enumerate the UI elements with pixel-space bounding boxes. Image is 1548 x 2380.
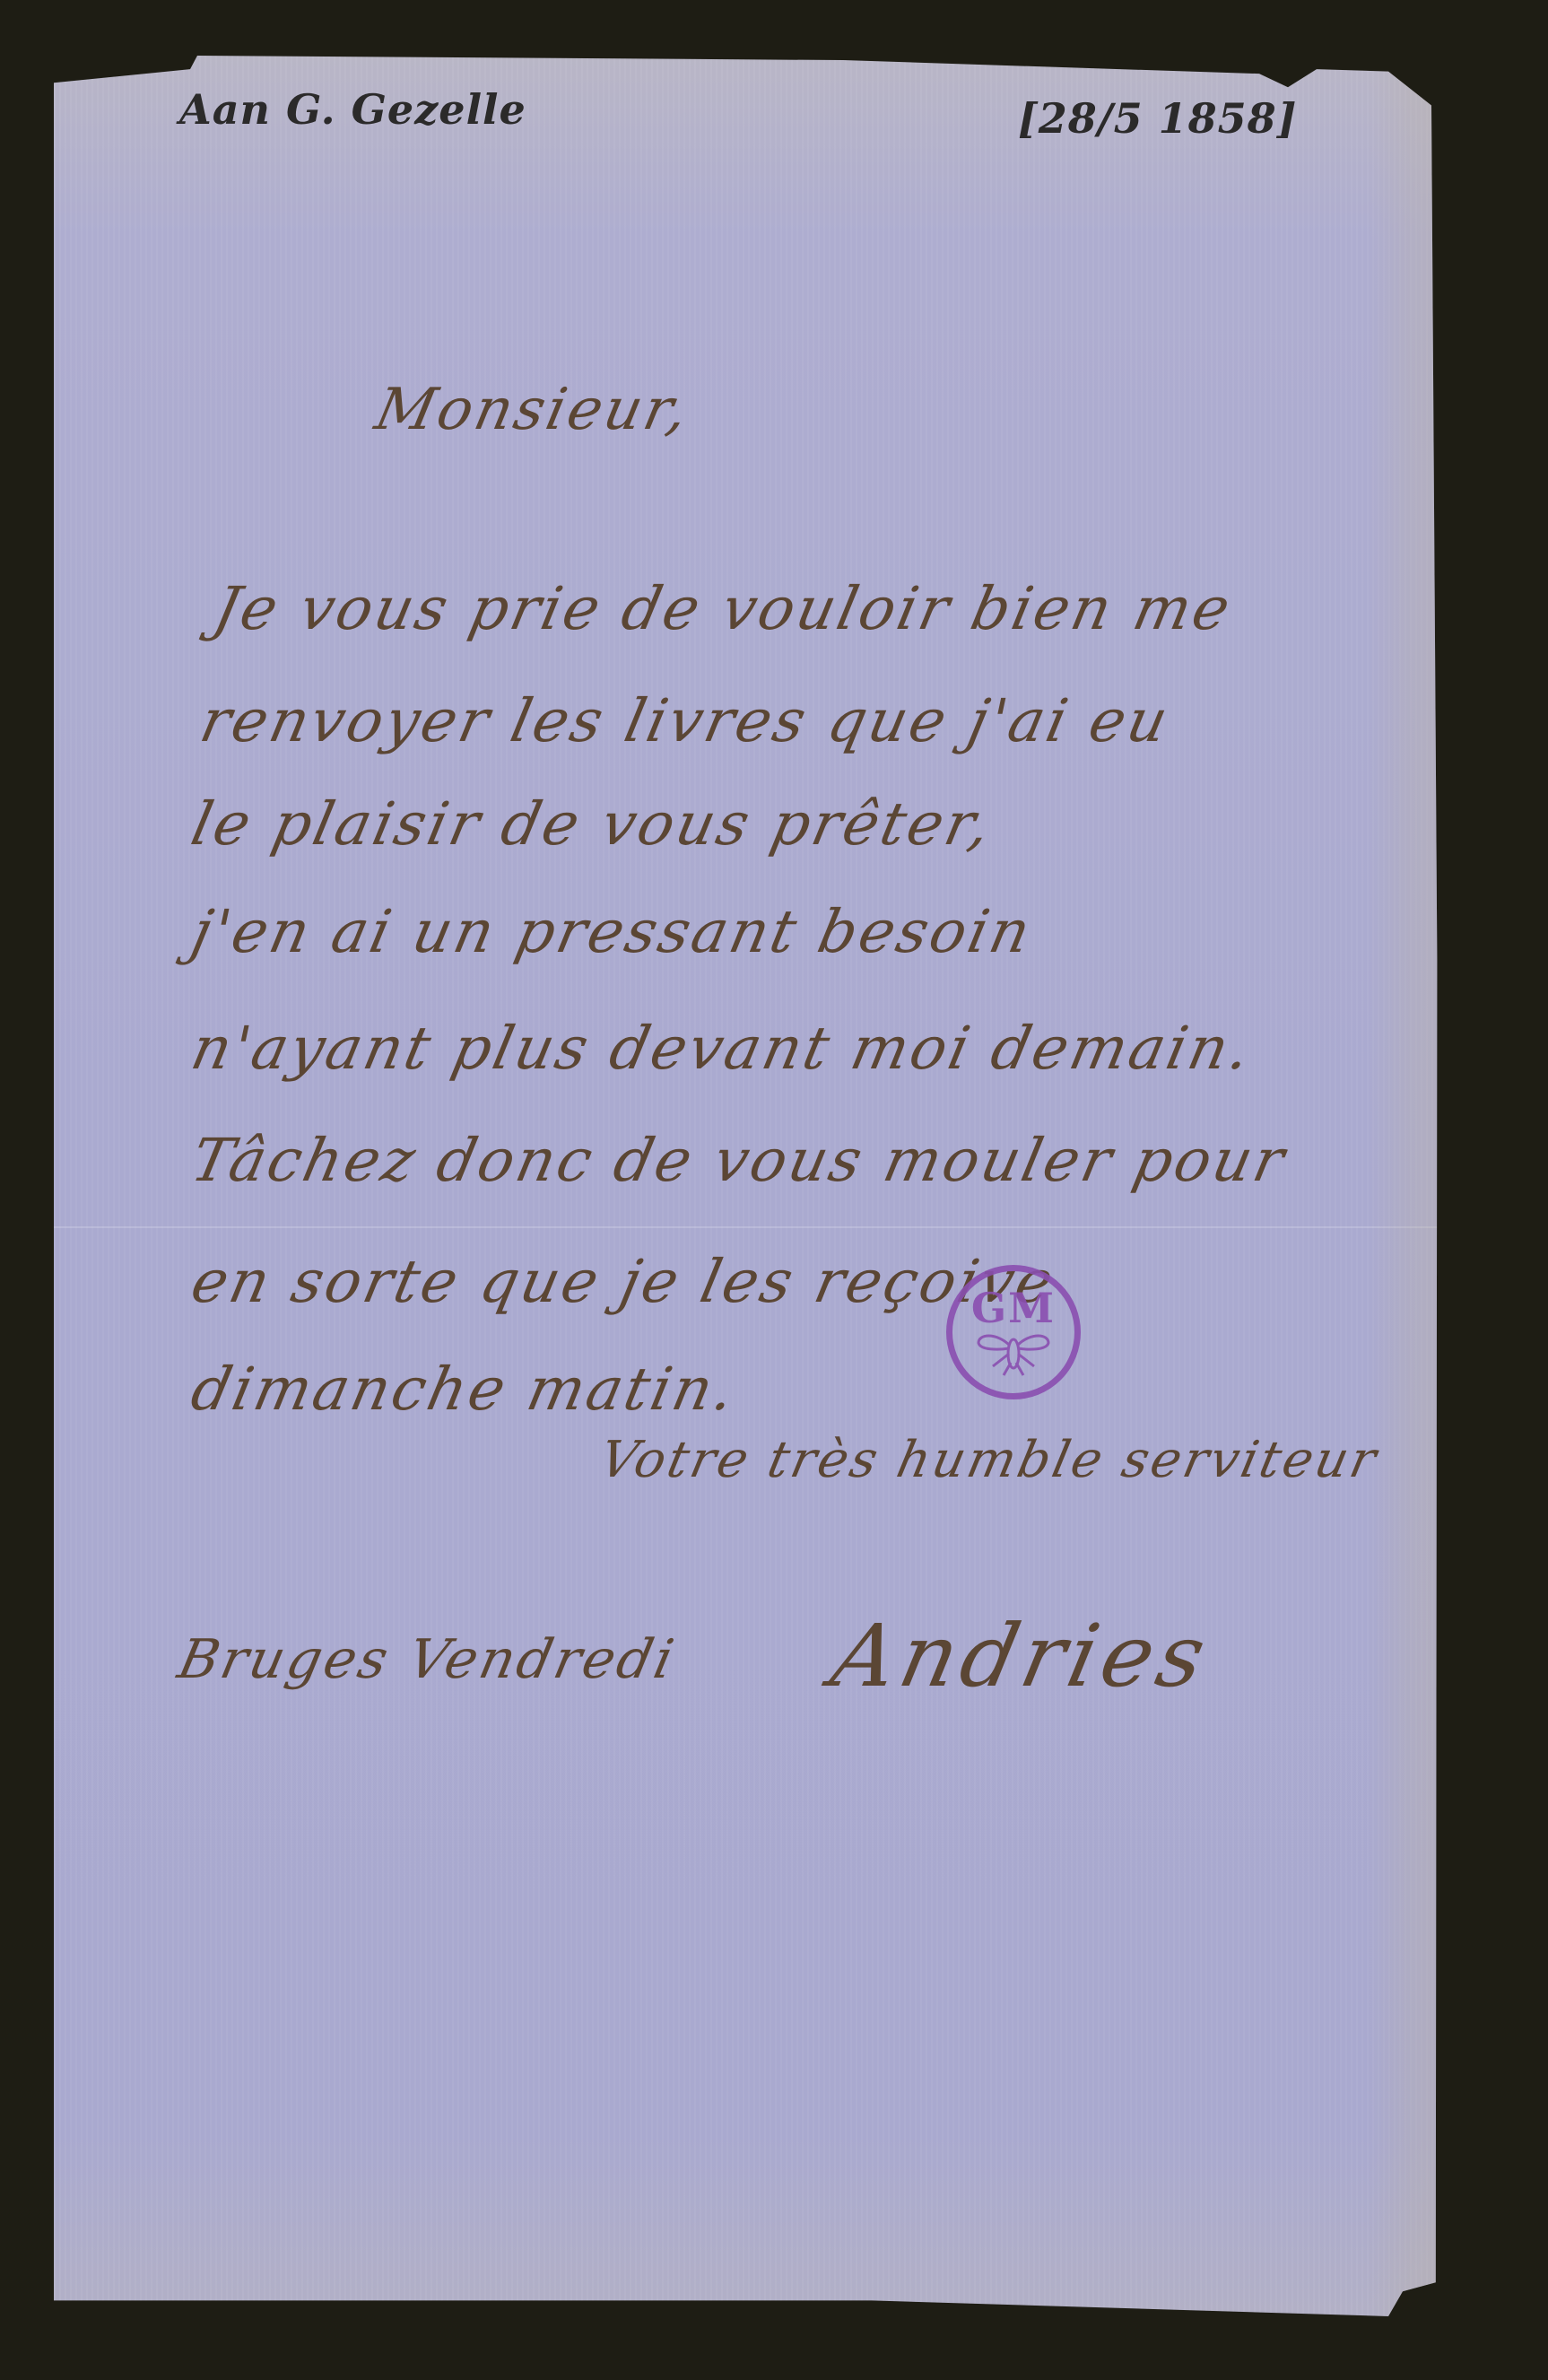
letter-signature: Andries — [823, 1606, 1219, 1706]
stamp-monogram: GM — [952, 1284, 1074, 1332]
letter-line: Je vous prie de vouloir bien me — [208, 574, 1239, 643]
date-annotation: [28/5 1858] — [1018, 94, 1297, 143]
letter-salutation: Monsieur, — [370, 377, 696, 443]
letter-line: n'ayant plus devant moi demain. — [186, 1014, 1259, 1083]
faint-archive-mark — [152, 135, 233, 215]
letter-place-date: Bruges Vendredi — [173, 1628, 682, 1691]
letter-line: dimanche matin. — [186, 1355, 744, 1424]
letter-line: j'en ai un pressant besoin — [186, 897, 1039, 966]
letter-line: renvoyer les livres que j'ai eu — [195, 686, 1177, 755]
recipient-annotation: Aan G. Gezelle — [179, 85, 526, 134]
bee-icon — [973, 1327, 1054, 1377]
letter-line: le plaisir de vous prêter, — [186, 789, 999, 859]
collection-stamp: GM — [946, 1265, 1081, 1399]
letter-line: en sorte que je les reçoive — [186, 1247, 1062, 1316]
letter-line: Tâchez donc de vous mouler pour — [186, 1126, 1293, 1195]
letter-closing: Votre très humble serviteur — [595, 1431, 1384, 1489]
paper-fold-line — [54, 1226, 1489, 1228]
